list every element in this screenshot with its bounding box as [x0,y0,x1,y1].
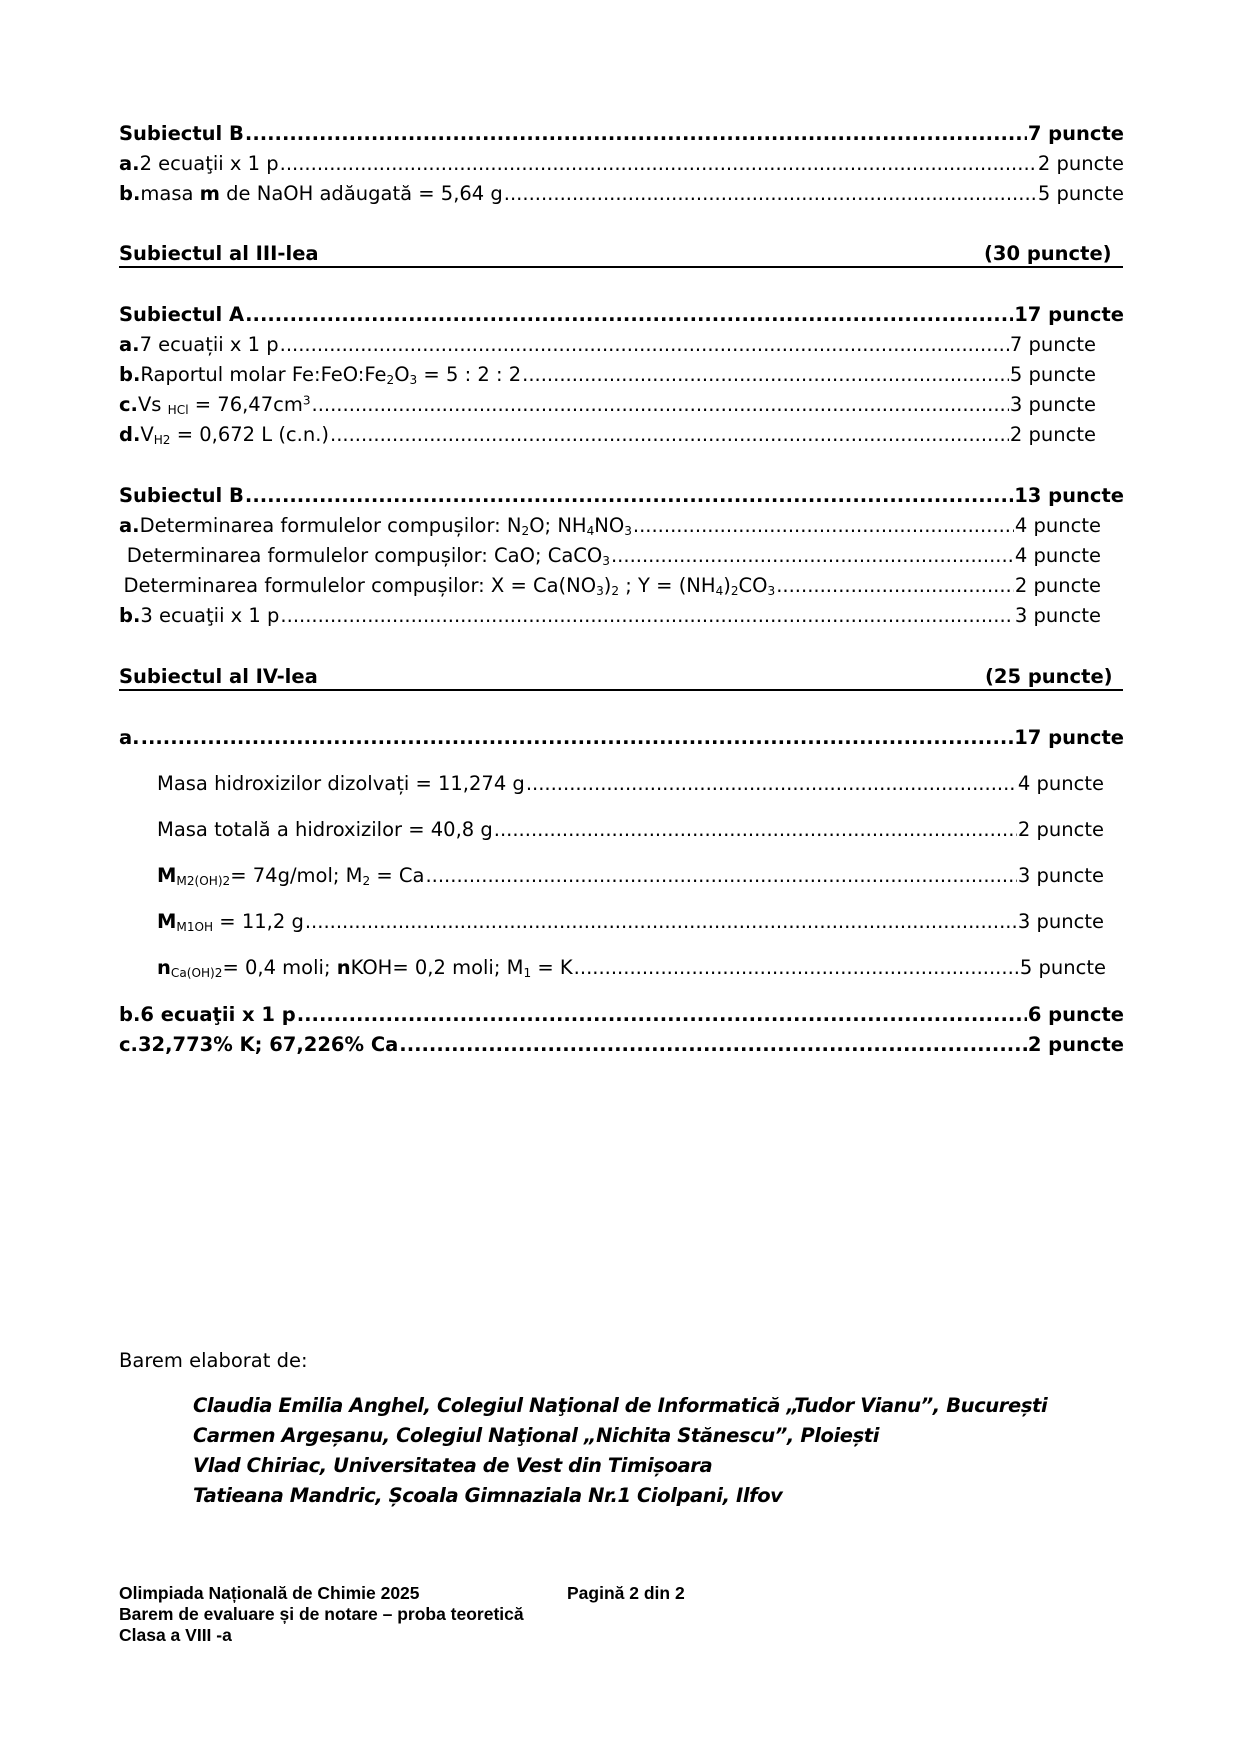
item-label: c. [119,392,138,418]
item-text: Vs HCl = 76,47cm3 [138,392,311,418]
dot-leader [494,817,1017,843]
item-text: 7 ecuații x 1 p [140,332,279,358]
item-label: c. [119,1032,138,1058]
dot-leader [574,955,1019,981]
dot-leader [611,543,1014,569]
dot-leader [305,909,1017,935]
dot-leader [633,513,1014,539]
dot-leader [312,392,1009,418]
item-label: a. [119,725,140,751]
score-row: a. 7 ecuații x 1 p 7 puncte [119,332,1096,358]
section-underline [119,689,1123,691]
score-row: a. 2 ecuaţii x 1 p 2 puncte [119,151,1124,177]
score-row: b. 3 ecuaţii x 1 p 3 puncte [119,603,1101,629]
footer-page-number: Pagină 2 din 2 [567,1583,685,1604]
score-row: Masa totală a hidroxizilor = 40,8 g 2 pu… [119,817,1104,843]
item-label: a. [119,151,140,177]
item-points: 7 puncte [1010,332,1096,358]
item-points: 3 puncte [1018,863,1104,889]
dot-leader [522,362,1009,388]
score-row: a. Determinarea formulelor compușilor: N… [119,513,1101,539]
item-points: 4 puncte [1015,543,1101,569]
item-points: 5 puncte [1010,362,1096,388]
dot-leader [245,302,1013,328]
section-heading-iiia: Subiectul A 17 puncte [119,302,1124,328]
item-text: nCa(OH)2= 0,4 moli; nKOH= 0,2 moli; M1 =… [157,955,573,981]
item-text: Determinarea formulelor compușilor: N2O;… [140,513,632,539]
footer-olympiad: Olimpiada Națională de Chimie 2025 [119,1583,420,1604]
footer-subtitle: Barem de evaluare și de notare – proba t… [119,1604,524,1625]
section-points-iii: (30 puncte) [984,241,1112,267]
item-label: b. [119,362,140,388]
score-row: b. 6 ecuaţii x 1 p 6 puncte [119,1002,1124,1028]
dot-leader [141,725,1014,751]
item-points: 4 puncte [1018,771,1104,797]
item-text: VH2 = 0,672 L (c.n.) [140,422,329,448]
item-label: b. [119,181,140,207]
score-row: d. VH2 = 0,672 L (c.n.) 2 puncte [119,422,1096,448]
score-row: MM2(OH)2= 74g/mol; M2 = Ca 3 puncte [119,863,1104,889]
dot-leader [399,1032,1027,1058]
item-points: 3 puncte [1018,909,1104,935]
dot-leader [245,483,1013,509]
dot-leader [245,121,1027,147]
section-heading-iiib: Subiectul B 13 puncte [119,483,1124,509]
author-line: Vlad Chiriac, Universitatea de Vest din … [193,1454,712,1477]
item-label: a. [119,513,140,539]
item-text: 3 ecuaţii x 1 p [140,603,279,629]
item-label: a. [119,332,140,358]
score-row: Determinarea formulelor compușilor: X = … [119,573,1101,599]
dot-leader [425,863,1016,889]
item-text: Masa totală a hidroxizilor = 40,8 g [157,817,493,843]
item-points: 5 puncte [1038,181,1124,207]
score-row: Determinarea formulelor compușilor: CaO;… [119,543,1101,569]
item-text: Determinarea formulelor compușilor: CaO;… [127,543,610,569]
item-points: 2 puncte [1018,817,1104,843]
score-row: Masa hidroxizilor dizolvați = 11,274 g 4… [119,771,1104,797]
item-text: Raportul molar Fe:FeO:Fe2O3 = 5 : 2 : 2 [140,362,521,388]
dot-leader [280,603,1014,629]
author-line: Claudia Emilia Anghel, Colegiul Naţional… [193,1394,1047,1417]
dot-leader [280,151,1037,177]
item-text: MM2(OH)2= 74g/mol; M2 = Ca [157,863,424,889]
item-text: MM1OH = 11,2 g [157,909,304,935]
item-points: 4 puncte [1015,513,1101,539]
heading-points: 13 puncte [1014,483,1124,509]
item-text: 2 ecuaţii x 1 p [140,151,279,177]
author-line: Tatieana Mandric, Școala Gimnaziala Nr.1… [193,1484,783,1507]
section-heading-iva: a. 17 puncte [119,725,1124,751]
item-points: 2 puncte [1015,573,1101,599]
document-page: Subiectul B 7 puncte a. 2 ecuaţii x 1 p … [0,0,1241,1755]
item-text: 6 ecuaţii x 1 p [140,1002,295,1028]
score-row: b. Raportul molar Fe:FeO:Fe2O3 = 5 : 2 :… [119,362,1096,388]
score-row: c. 32,773% K; 67,226% Ca 2 puncte [119,1032,1124,1058]
dot-leader [504,181,1037,207]
score-row: MM1OH = 11,2 g 3 puncte [119,909,1104,935]
heading-text: Subiectul A [119,302,244,328]
item-points: 2 puncte [1010,422,1096,448]
item-text: Masa hidroxizilor dizolvați = 11,274 g [157,771,525,797]
dot-leader [297,1002,1027,1028]
dot-leader [776,573,1014,599]
item-points: 5 puncte [1020,955,1106,981]
item-label: b. [119,603,140,629]
section-underline [119,266,1123,268]
section-title-iii: Subiectul al III-lea [119,241,319,267]
heading-text: Subiectul B [119,483,244,509]
item-points: 2 puncte [1038,151,1124,177]
item-text: Determinarea formulelor compușilor: X = … [124,573,776,599]
dot-leader [280,332,1009,358]
heading-points: 7 puncte [1028,121,1124,147]
score-row: c. Vs HCl = 76,47cm3 3 puncte [119,392,1096,418]
item-points: 3 puncte [1010,392,1096,418]
dot-leader [330,422,1009,448]
score-row: b. masa m de NaOH adăugată = 5,64 g 5 pu… [119,181,1124,207]
credits-lead: Barem elaborat de: [119,1349,308,1372]
item-points: 2 puncte [1028,1032,1124,1058]
item-label: b. [119,1002,140,1028]
heading-points: 17 puncte [1014,302,1124,328]
footer-class: Clasa a VIII -a [119,1625,232,1646]
item-points: 6 puncte [1028,1002,1124,1028]
dot-leader [526,771,1017,797]
item-points: 3 puncte [1015,603,1101,629]
section-points-iv: (25 puncte) [985,664,1113,690]
item-text: masa m de NaOH adăugată = 5,64 g [140,181,502,207]
section-heading-iib: Subiectul B 7 puncte [119,121,1124,147]
item-text: 32,773% K; 67,226% Ca [138,1032,398,1058]
score-row: nCa(OH)2= 0,4 moli; nKOH= 0,2 moli; M1 =… [119,955,1106,981]
author-line: Carmen Argeșanu, Colegiul Naţional „Nich… [193,1424,879,1447]
section-title-iv: Subiectul al IV-lea [119,664,318,690]
item-label: d. [119,422,140,448]
heading-text: Subiectul B [119,121,244,147]
heading-points: 17 puncte [1014,725,1124,751]
